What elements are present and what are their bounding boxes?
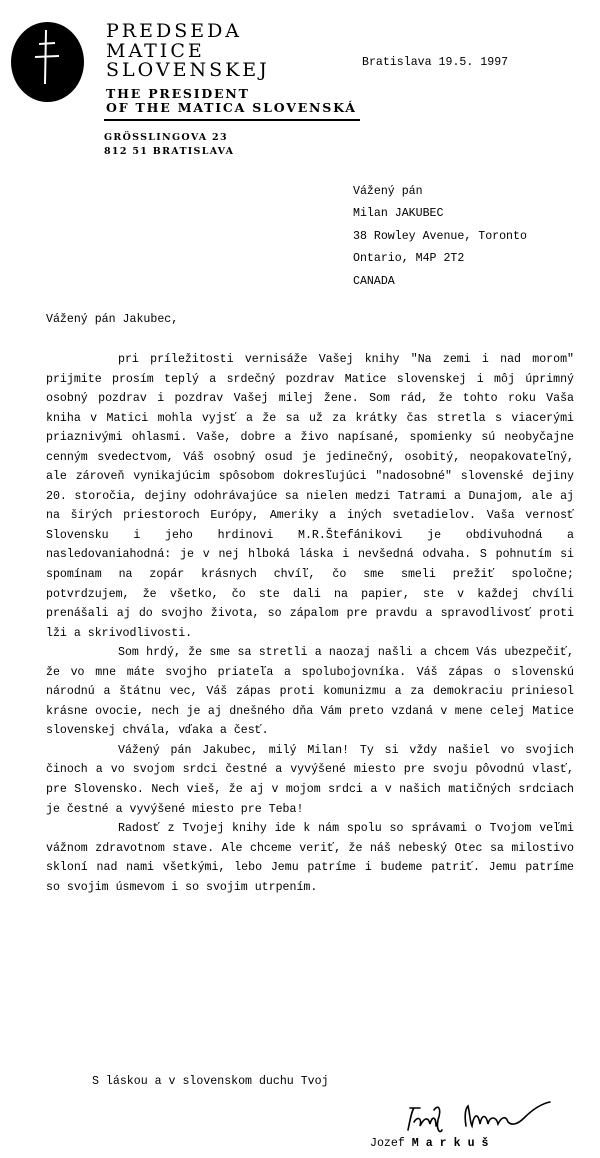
letterhead-title-line: SLOVENSKEJ	[106, 61, 270, 81]
signer-first-name: Jozef	[370, 1137, 405, 1150]
body-paragraph: pri príležitosti vernisáže Vašej knihy "…	[46, 350, 574, 643]
recipient-line: 38 Rowley Avenue, Toronto	[353, 226, 527, 248]
letter-body: pri príležitosti vernisáže Vašej knihy "…	[46, 350, 574, 897]
double-cross-emblem-icon	[11, 22, 84, 102]
body-paragraph: Som hrdý, že sme sa stretli a naozaj naš…	[46, 643, 574, 741]
letterhead-address-line: 812 51 BRATISLAVA	[104, 145, 234, 159]
letter-date: Bratislava 19.5. 1997	[362, 56, 508, 69]
signer-name: Jozef Markuš	[370, 1137, 496, 1150]
closing-line: S láskou a v slovenskom duchu Tvoj	[92, 1075, 329, 1088]
recipient-line: CANADA	[353, 271, 527, 293]
letterhead-title: PREDSEDA MATICE SLOVENSKEJ	[106, 22, 270, 81]
letterhead-address-line: GRÖSSLINGOVA 23	[104, 131, 234, 145]
letterhead-address: GRÖSSLINGOVA 23 812 51 BRATISLAVA	[104, 131, 234, 159]
letterhead-subtitle-line: OF THE MATICA SLOVENSKÁ	[106, 101, 357, 115]
recipient-line: Ontario, M4P 2T2	[353, 248, 527, 270]
body-paragraph: Vážený pán Jakubec, milý Milan! Ty si vž…	[46, 741, 574, 819]
letterhead-subtitle-line: THE PRESIDENT	[106, 87, 357, 101]
recipient-address: Vážený pán Milan JAKUBEC 38 Rowley Avenu…	[353, 181, 527, 293]
recipient-line: Milan JAKUBEC	[353, 203, 527, 225]
body-paragraph: Radosť z Tvojej knihy ide k nám spolu so…	[46, 819, 574, 897]
letterhead-title-line: PREDSEDA	[106, 22, 270, 42]
salutation: Vážený pán Jakubec,	[46, 313, 178, 326]
signature-icon	[400, 1100, 580, 1140]
letterhead-divider	[104, 119, 360, 121]
letter-page: PREDSEDA MATICE SLOVENSKEJ THE PRESIDENT…	[0, 0, 600, 1158]
recipient-line: Vážený pán	[353, 181, 527, 203]
signer-last-name: Markuš	[412, 1137, 496, 1150]
letterhead-subtitle: THE PRESIDENT OF THE MATICA SLOVENSKÁ	[106, 87, 357, 115]
